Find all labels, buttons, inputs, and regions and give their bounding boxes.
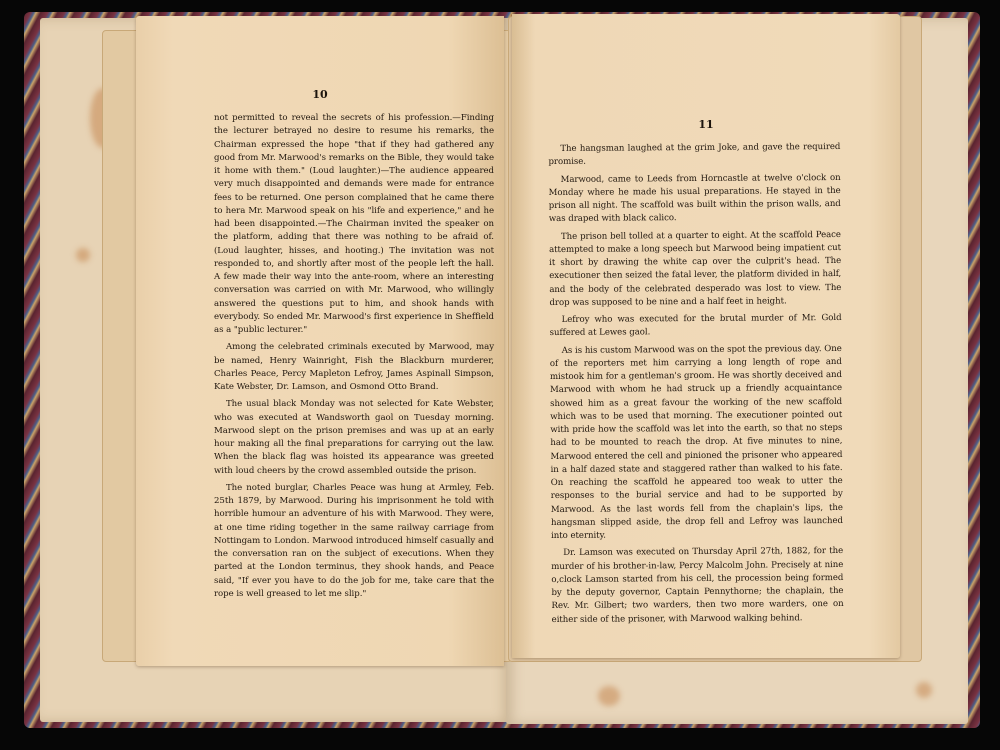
right-page-body: The hangsman laughed at the grim Joke, a… (548, 141, 843, 627)
foxing-stain (76, 248, 90, 262)
foxing-stain (598, 686, 620, 706)
paragraph: As is his custom Marwood was on the spot… (550, 342, 843, 543)
left-page-body: not permitted to reveal the secrets of h… (214, 112, 494, 601)
paragraph: Among the celebrated criminals executed … (214, 341, 494, 394)
page-number: 11 (512, 118, 900, 131)
paragraph: The usual black Monday was not selected … (214, 398, 494, 478)
paragraph: not permitted to reveal the secrets of h… (214, 112, 494, 337)
paragraph: Dr. Lamson was executed on Thursday Apri… (551, 545, 844, 627)
paragraph: The hangsman laughed at the grim Joke, a… (548, 141, 840, 170)
paragraph: Marwood, came to Leeds from Horncastle a… (549, 171, 841, 226)
left-page: 10 not permitted to reveal the secrets o… (136, 16, 504, 666)
paragraph: The noted burglar, Charles Peace was hun… (214, 482, 494, 601)
paragraph: Lefroy who was executed for the brutal m… (550, 312, 842, 341)
foxing-stain (916, 682, 932, 698)
paragraph: The prison bell tolled at a quarter to e… (549, 228, 842, 310)
page-number: 10 (136, 88, 504, 101)
right-page: 11 The hangsman laughed at the grim Joke… (512, 14, 900, 658)
